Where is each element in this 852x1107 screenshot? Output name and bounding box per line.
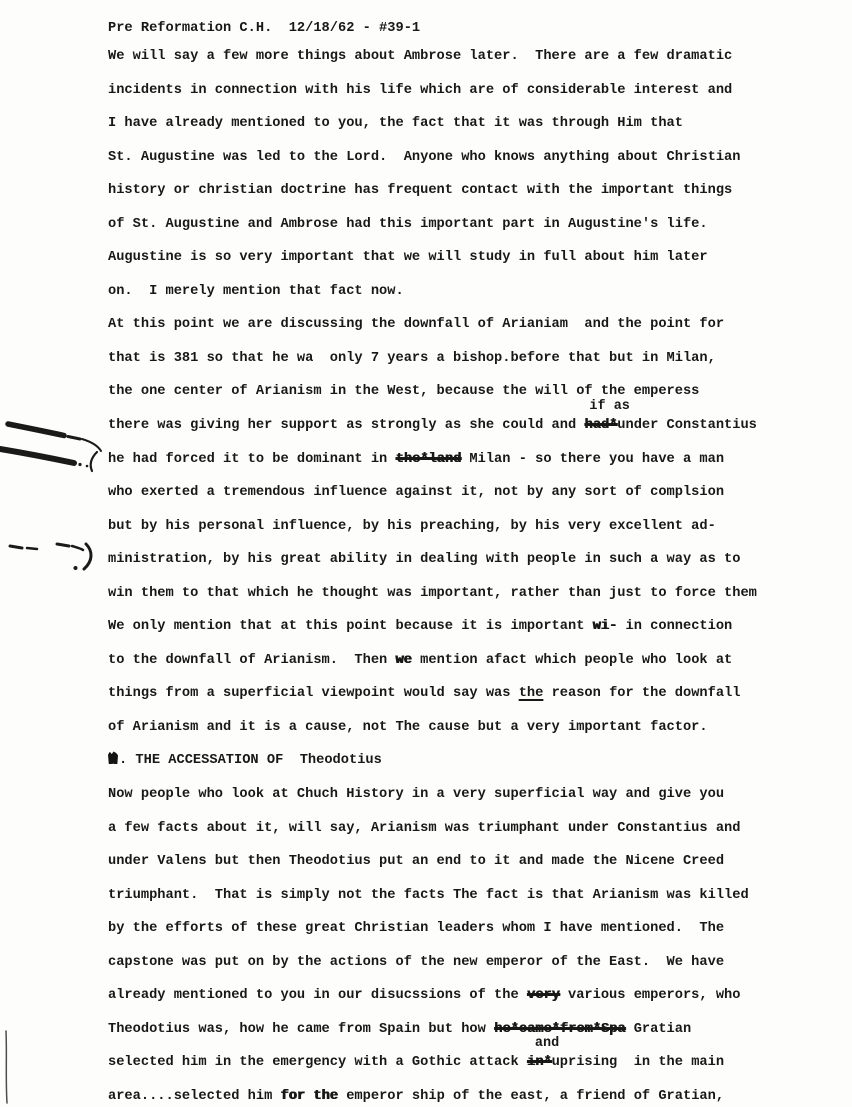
document-line: under Valens but then Theodotius put an … [108, 845, 852, 879]
document-line: who exerted a tremendous influence again… [108, 476, 852, 510]
document-line: of St. Augustine and Ambrose had this im… [108, 208, 852, 242]
text-segment: but by his personal influence, by his pr… [108, 519, 716, 534]
document-line: capstone was put on by the actions of th… [108, 946, 852, 980]
document-line: We will say a few more things about Ambr… [108, 40, 852, 74]
pen-dashed-stroke-with-paren [10, 544, 91, 570]
underlined-text: the [519, 686, 544, 701]
struck-text: he*came*from*Spa [494, 1022, 625, 1037]
text-segment: We will say a few more things about Ambr… [108, 49, 732, 64]
text-segment: capstone was put on by the actions of th… [108, 955, 724, 970]
document-line: We only mention that at this point becau… [108, 610, 852, 644]
struck-text: very [527, 988, 560, 1003]
document-line: area....selected him for the emperor shi… [108, 1080, 852, 1107]
text-segment: various emperors, who [560, 988, 741, 1003]
text-segment: At this point we are discussing the down… [108, 317, 724, 332]
pen-hook-flourish [91, 452, 97, 471]
text-segment: things from a superficial viewpoint woul… [108, 686, 519, 701]
text-segment: triumphant. That is simply not the facts… [108, 888, 749, 903]
text-segment: Theodotius was, how he came from Spain b… [108, 1022, 494, 1037]
text-segment: already mentioned to you in our disucssi… [108, 988, 527, 1003]
ink-blob-marker [108, 751, 118, 764]
text-segment: . THE ACCESSATION OF Theodotius [119, 753, 382, 768]
document-line: triumphant. That is simply not the facts… [108, 879, 852, 913]
document-line: he had forced it to be dominant in the*l… [108, 443, 852, 477]
overtyped-text: for the [281, 1089, 339, 1104]
document-line: on. I merely mention that fact now. [108, 275, 852, 309]
document-line: a few facts about it, will say, Arianism… [108, 812, 852, 846]
overtyped-text: wi- [593, 619, 618, 634]
text-segment: a few facts about it, will say, Arianism… [108, 821, 740, 836]
document-line: the one center of Arianism in the West, … [108, 375, 852, 409]
text-segment: reason for the downfall [543, 686, 740, 701]
document-line: ministration, by his great ability in de… [108, 543, 852, 577]
text-segment: We only mention that at this point becau… [108, 619, 593, 634]
document-lines: We will say a few more things about Ambr… [108, 40, 852, 1107]
struck-text: in* [527, 1055, 552, 1070]
text-segment: uprising in the main [552, 1055, 725, 1070]
text-segment: Augustine is so very important that we w… [108, 250, 708, 265]
document-line: already mentioned to you in our disucssi… [108, 979, 852, 1013]
document-line: by the efforts of these great Christian … [108, 912, 852, 946]
overtyped-text: we [395, 653, 411, 668]
text-segment: the one center of Arianism in the West, … [108, 384, 699, 399]
struck-text: the*land [395, 452, 461, 467]
document-line: At this point we are discussing the down… [108, 308, 852, 342]
document-line: Theodotius was, how he came from Spain b… [108, 1013, 852, 1047]
text-segment: in connection [617, 619, 732, 634]
document-line: but by his personal influence, by his pr… [108, 510, 852, 544]
text-segment: of St. Augustine and Ambrose had this im… [108, 217, 708, 232]
document-line: to the downfall of Arianism. Then we men… [108, 644, 852, 678]
document-line: things from a superficial viewpoint woul… [108, 677, 852, 711]
text-segment: emperor ship of the east, a friend of Gr… [338, 1089, 724, 1104]
text-segment: there was giving her support as strongly… [108, 418, 584, 433]
text-segment: to the downfall of Arianism. Then [108, 653, 395, 668]
text-segment: of Arianism and it is a cause, not The c… [108, 720, 708, 735]
document-line: Augustine is so very important that we w… [108, 241, 852, 275]
document-line: there was giving her support as strongly… [108, 409, 852, 443]
document-line: selected him in the emergency with a Got… [108, 1046, 852, 1080]
text-segment: on. I merely mention that fact now. [108, 284, 404, 299]
text-segment: under Valens but then Theodotius put an … [108, 854, 724, 869]
document-line: . THE ACCESSATION OF Theodotius [108, 744, 852, 778]
pencil-vertical-line-bottom-left [6, 1031, 7, 1103]
text-segment: I have already mentioned to you, the fac… [108, 116, 683, 131]
document-line: St. Augustine was led to the Lord. Anyon… [108, 141, 852, 175]
pen-stroke-upper-heavy [8, 424, 101, 451]
insert-and: and [535, 1037, 559, 1051]
text-segment: under Constantius [617, 418, 757, 433]
text-segment: who exerted a tremendous influence again… [108, 485, 724, 500]
text-segment: he had forced it to be dominant in [108, 452, 395, 467]
insert-if-as: if as [589, 400, 630, 414]
document-line: incidents in connection with his life wh… [108, 74, 852, 108]
document-line: Now people who look at Chuch History in … [108, 778, 852, 812]
document-line: that is 381 so that he wa only 7 years a… [108, 342, 852, 376]
text-segment: selected him in the emergency with a Got… [108, 1055, 527, 1070]
text-segment: incidents in connection with his life wh… [108, 83, 732, 98]
document-line: of Arianism and it is a cause, not The c… [108, 711, 852, 745]
text-segment: Gratian [625, 1022, 691, 1037]
text-segment: ministration, by his great ability in de… [108, 552, 740, 567]
text-segment: area....selected him [108, 1089, 281, 1104]
document-line: I have already mentioned to you, the fac… [108, 107, 852, 141]
page-header: Pre Reformation C.H. 12/18/62 - #39-1 [108, 21, 420, 36]
text-segment: Milan - so there you have a man [461, 452, 724, 467]
text-segment: win them to that which he thought was im… [108, 586, 757, 601]
text-segment: Now people who look at Chuch History in … [108, 787, 724, 802]
text-segment: that is 381 so that he wa only 7 years a… [108, 351, 716, 366]
pen-stroke-lower-heavy [0, 449, 88, 467]
document-page: Pre Reformation C.H. 12/18/62 - #39-1 We… [0, 0, 852, 1107]
document-line: history or christian doctrine has freque… [108, 174, 852, 208]
document-line: win them to that which he thought was im… [108, 577, 852, 611]
text-segment: mention afact which people who look at [412, 653, 732, 668]
text-segment: by the efforts of these great Christian … [108, 921, 724, 936]
text-segment: history or christian doctrine has freque… [108, 183, 732, 198]
text-segment: St. Augustine was led to the Lord. Anyon… [108, 150, 740, 165]
struck-text: had* [584, 418, 617, 433]
